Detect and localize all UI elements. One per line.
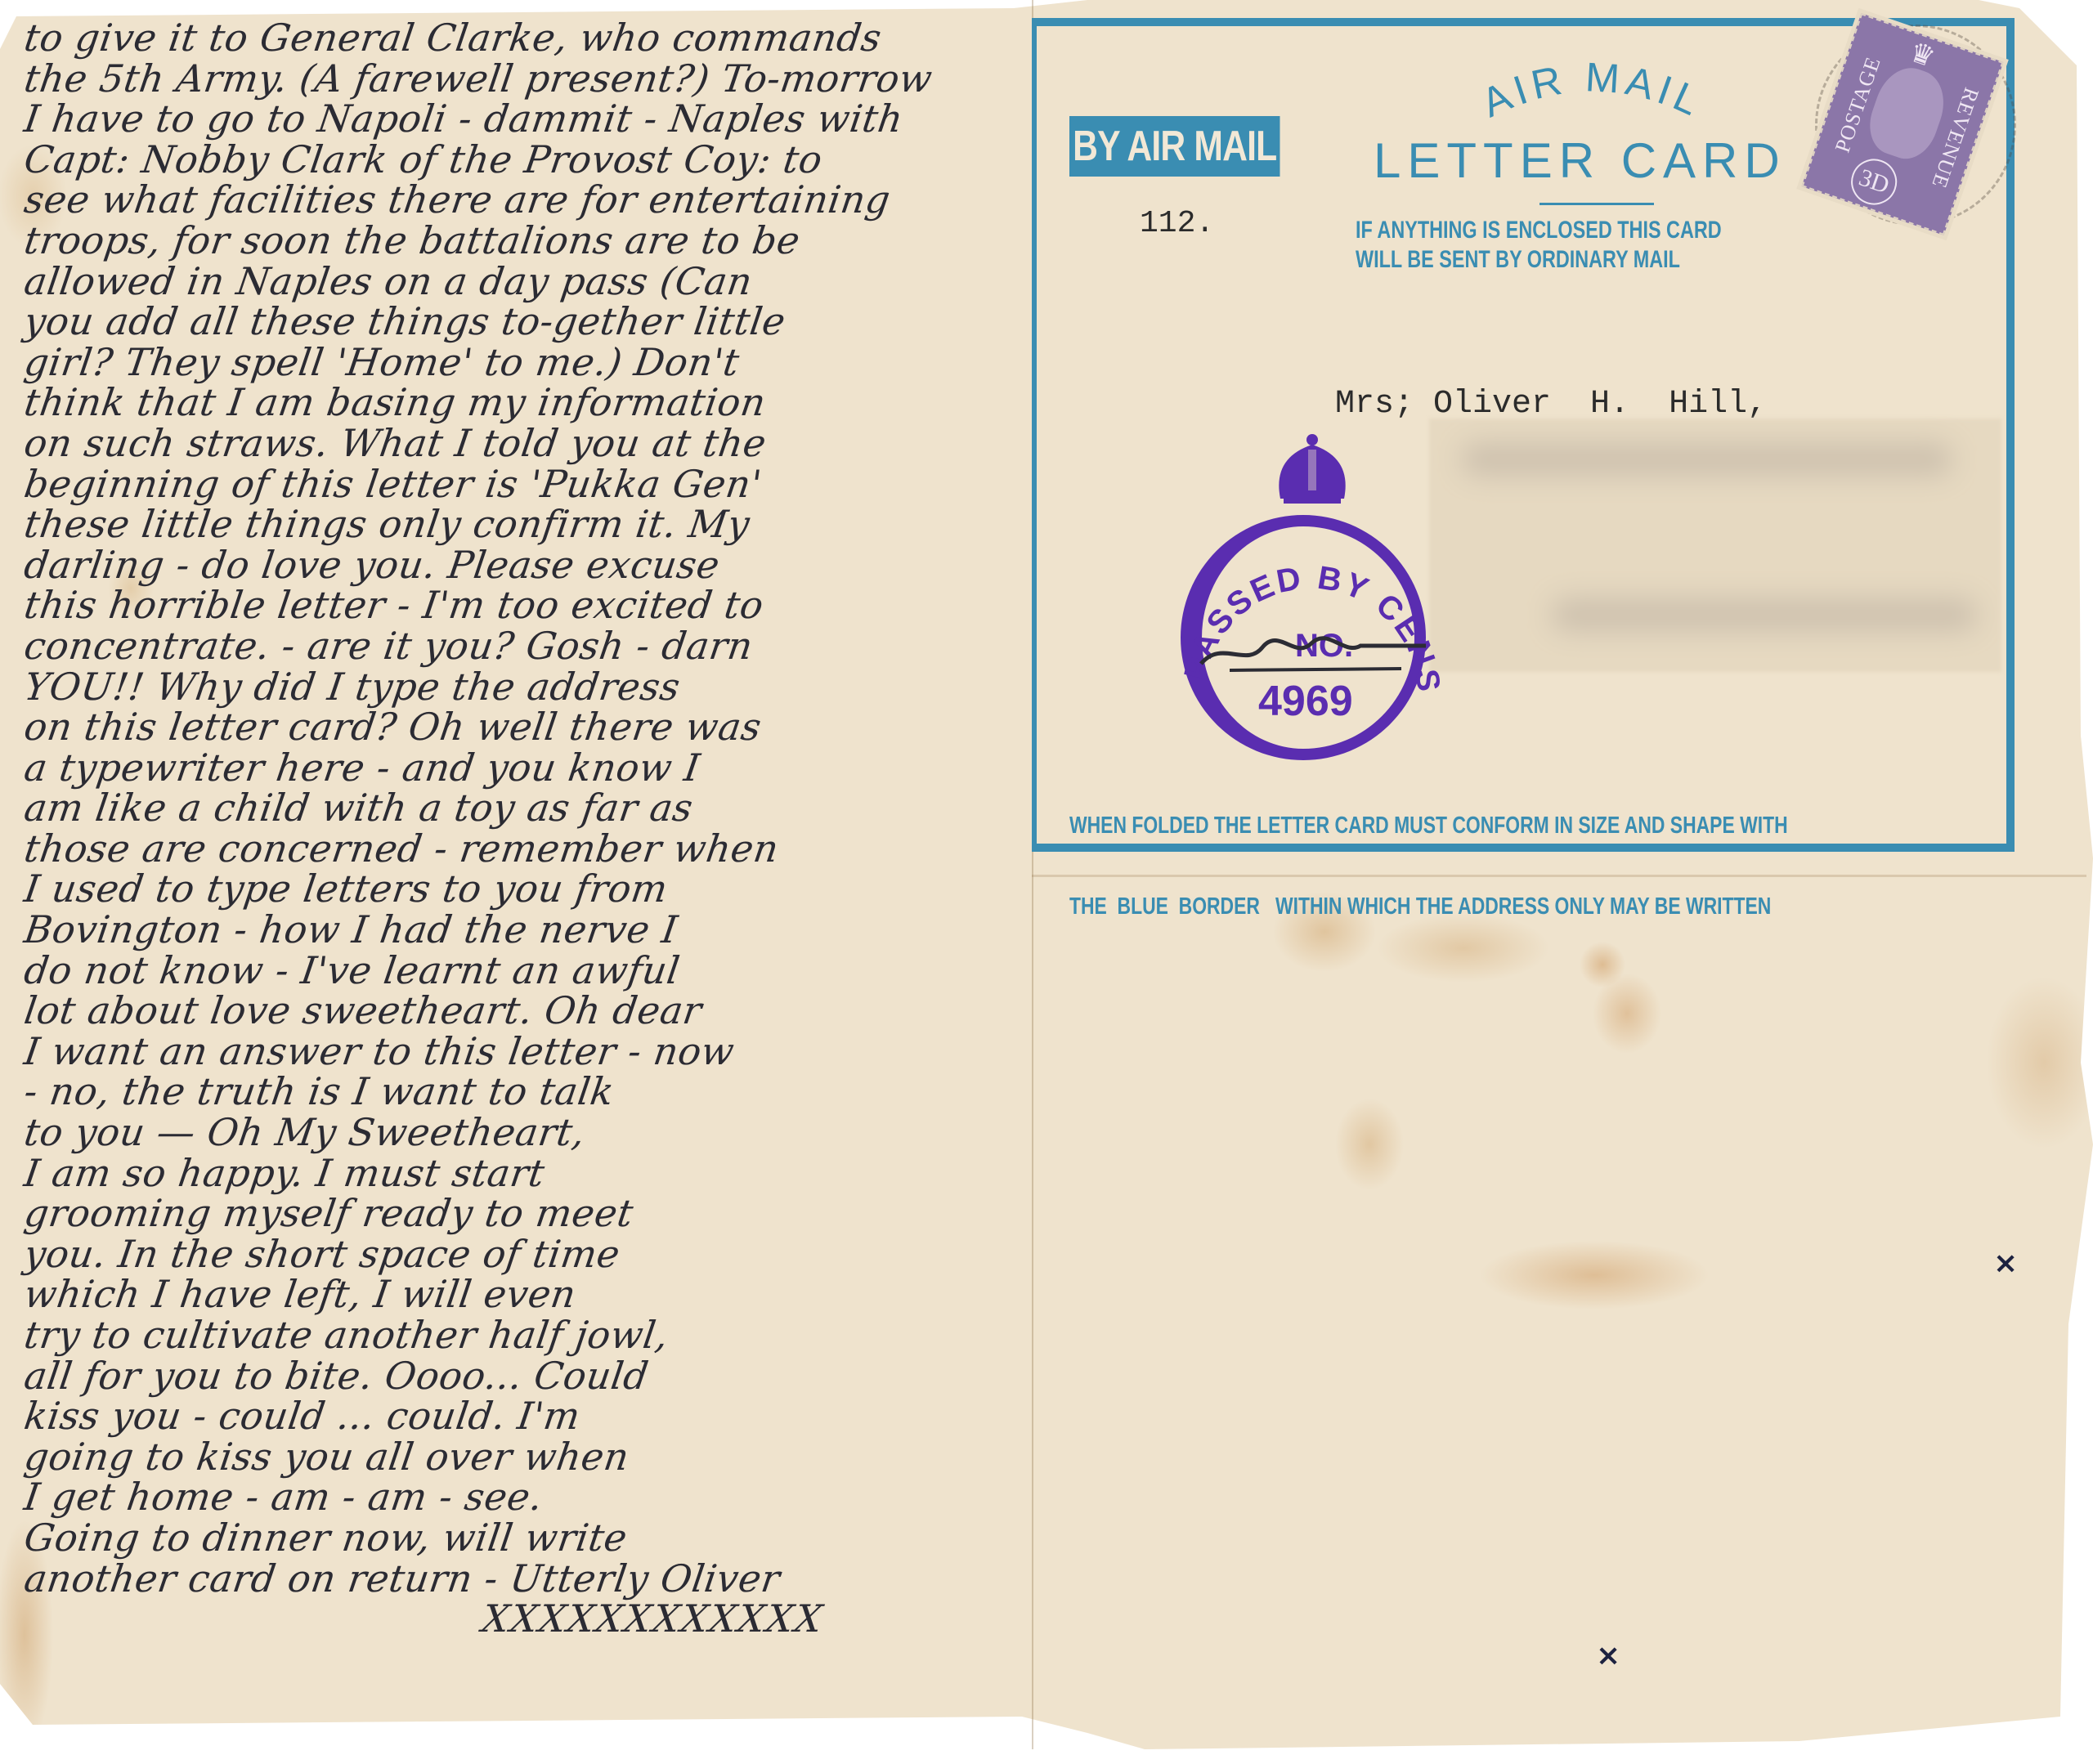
cross-mark: ×: [1993, 1247, 2018, 1280]
letter-line: I want an answer to this letter - now: [22, 1032, 1025, 1072]
letter-line: allowed in Naples on a day pass (Can: [22, 262, 1025, 302]
enclosure-notice-line-1: IF ANYTHING IS ENCLOSED THIS CARD: [1356, 216, 1738, 245]
letter-line: think that I am basing my information: [22, 383, 1025, 423]
censor-signature: [1197, 631, 1434, 672]
letter-line: kiss you - could ... could. I'm: [22, 1396, 1025, 1437]
letter-line: see what facilities there are for entert…: [22, 180, 1025, 221]
enclosure-notice: IF ANYTHING IS ENCLOSED THIS CARD WILL B…: [1356, 216, 1738, 275]
letter-line: lot about love sweetheart. Oh dear: [22, 991, 1025, 1032]
letter-line: girl? They spell 'Home' to me.) Don't: [22, 343, 1025, 383]
title-rule: [1539, 203, 1654, 205]
letter-line: Capt: Nobby Clark of the Provost Coy: to: [22, 140, 1025, 181]
letter-line: concentrate. - are it you? Gosh - darn: [22, 626, 1025, 667]
letter-line: on this letter card? Oh well there was: [22, 707, 1025, 748]
letter-line: YOU!! Why did I type the address: [22, 667, 1025, 708]
letter-line: a typewriter here - and you know I: [22, 748, 1025, 789]
redacted-address: [1429, 419, 2001, 672]
letter-line: which I have left, I will even: [22, 1274, 1025, 1315]
letter-line: do not know - I've learnt an awful: [22, 951, 1025, 992]
cross-mark: ×: [1596, 1639, 1620, 1672]
letter-line: all for you to bite. Oooo... Could: [22, 1356, 1025, 1397]
letter-line: another card on return - Utterly Oliver: [22, 1559, 1025, 1600]
reference-number: 112.: [1140, 206, 1214, 241]
handwritten-letter: to give it to General Clarke, who comman…: [25, 18, 1022, 1640]
letter-line: these little things only confirm it. My: [22, 504, 1025, 545]
letter-line: you. In the short space of time: [22, 1234, 1025, 1275]
letter-line: beginning of this letter is 'Pukka Gen': [22, 464, 1025, 505]
letter-line: Going to dinner now, will write: [22, 1518, 1025, 1559]
letter-line: try to cultivate another half jowl,: [22, 1315, 1025, 1356]
letter-line: I am so happy. I must start: [22, 1153, 1025, 1194]
letter-line: going to kiss you all over when: [22, 1437, 1025, 1478]
fold-notice-line-2: THE BLUE BORDER WITHIN WHICH THE ADDRESS…: [1069, 893, 1788, 920]
fold-notice: WHEN FOLDED THE LETTER CARD MUST CONFORM…: [1069, 759, 1788, 974]
letter-line: troops, for soon the battalions are to b…: [22, 221, 1025, 262]
crown-icon: [1272, 433, 1352, 507]
letter-line: darling - do love you. Please excuse: [22, 545, 1025, 586]
svg-text:AIR MAIL: AIR MAIL: [1475, 59, 1711, 126]
letter-line: grooming myself ready to meet: [22, 1193, 1025, 1234]
letter-kisses: XXXXXXXXXXXX: [22, 1599, 1025, 1640]
letter-line: I get home - am - am - see.: [22, 1477, 1025, 1518]
enclosure-notice-line-2: WILL BE SENT BY ORDINARY MAIL: [1356, 245, 1738, 275]
letter-line: I have to go to Napoli - dammit - Naples…: [22, 99, 1025, 140]
letter-line: am like a child with a toy as far as: [22, 788, 1025, 829]
letter-line: to you — Oh My Sweetheart,: [22, 1113, 1025, 1153]
censor-stamp: PASSED BY CENSOR NO. 4969: [1172, 417, 1450, 760]
letter-card-title: LETTER CARD: [1374, 132, 1786, 189]
letter-line: the 5th Army. (A farewell present?) To-m…: [22, 59, 1025, 100]
letter-line: to give it to General Clarke, who comman…: [22, 18, 1025, 59]
letter-line: this horrible letter - I'm too excited t…: [22, 585, 1025, 626]
letter-line: - no, the truth is I want to talk: [22, 1072, 1025, 1113]
letter-line: those are concerned - remember when: [22, 829, 1025, 870]
stamp-value: 3D: [1845, 153, 1903, 211]
by-air-mail-label: BY AIR MAIL: [1069, 116, 1280, 177]
letter-line: Bovington - how I had the nerve I: [22, 910, 1025, 951]
censor-serial-number: 4969: [1258, 677, 1353, 726]
fold-notice-line-1: WHEN FOLDED THE LETTER CARD MUST CONFORM…: [1069, 813, 1788, 839]
letter-line: you add all these things to-gether littl…: [22, 302, 1025, 343]
letter-line: on such straws. What I told you at the: [22, 423, 1025, 464]
letter-line: I used to type letters to you from: [22, 869, 1025, 910]
